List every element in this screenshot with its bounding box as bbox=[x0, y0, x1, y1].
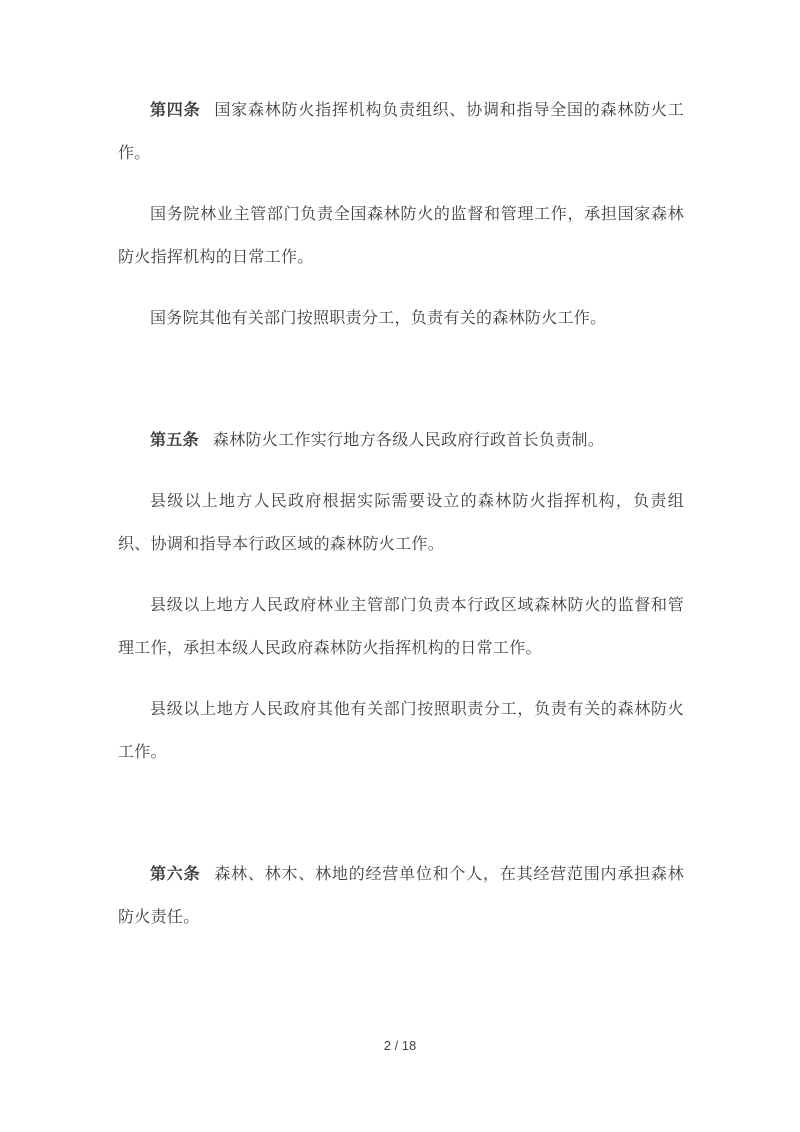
article-number-label: 第五条 bbox=[150, 432, 199, 449]
article-paragraph: 第六条森林、林木、林地的经营单位和个人，在其经营范围内承担森林防火责任。 bbox=[118, 853, 684, 939]
article-paragraph: 第五条森林防火工作实行地方各级人民政府行政首长负责制。 bbox=[118, 419, 684, 462]
paragraph-text: 森林防火工作实行地方各级人民政府行政首长负责制。 bbox=[213, 432, 604, 449]
article-paragraph: 第四条国家森林防火指挥机构负责组织、协调和指导全国的森林防火工作。 bbox=[118, 89, 684, 175]
article-number-label: 第六条 bbox=[150, 866, 200, 883]
body-paragraph: 县级以上地方人民政府其他有关部门按照职责分工，负责有关的森林防火工作。 bbox=[118, 688, 684, 774]
page-number: 2 / 18 bbox=[384, 1038, 417, 1053]
body-paragraph: 县级以上地方人民政府林业主管部门负责本行政区域森林防火的监督和管理工作，承担本级… bbox=[118, 584, 684, 670]
body-paragraph: 国务院其他有关部门按照职责分工，负责有关的森林防火工作。 bbox=[118, 297, 684, 340]
blank-line bbox=[118, 792, 684, 853]
body-paragraph: 县级以上地方人民政府根据实际需要设立的森林防火指挥机构，负责组织、协调和指导本行… bbox=[118, 480, 684, 566]
body-paragraph: 国务院林业主管部门负责全国森林防火的监督和管理工作，承担国家森林防火指挥机构的日… bbox=[118, 193, 684, 279]
paragraph-text: 森林、林木、林地的经营单位和个人，在其经营范围内承担森林防火责任。 bbox=[118, 866, 684, 926]
document-page: 第四条国家森林防火指挥机构负责组织、协调和指导全国的森林防火工作。 国务院林业主… bbox=[0, 0, 800, 1132]
paragraph-text: 县级以上地方人民政府根据实际需要设立的森林防火指挥机构，负责组织、协调和指导本行… bbox=[118, 493, 684, 553]
paragraph-text: 县级以上地方人民政府其他有关部门按照职责分工，负责有关的森林防火工作。 bbox=[118, 701, 684, 761]
paragraph-text: 国务院林业主管部门负责全国森林防火的监督和管理工作，承担国家森林防火指挥机构的日… bbox=[118, 206, 684, 266]
paragraph-text: 国家森林防火指挥机构负责组织、协调和指导全国的森林防火工作。 bbox=[118, 102, 684, 162]
blank-line bbox=[118, 358, 684, 419]
paragraph-text: 县级以上地方人民政府林业主管部门负责本行政区域森林防火的监督和管理工作，承担本级… bbox=[118, 597, 684, 657]
page-footer: 2 / 18 bbox=[0, 1036, 800, 1056]
paragraph-text: 国务院其他有关部门按照职责分工，负责有关的森林防火工作。 bbox=[150, 310, 606, 327]
article-number-label: 第四条 bbox=[150, 102, 200, 119]
